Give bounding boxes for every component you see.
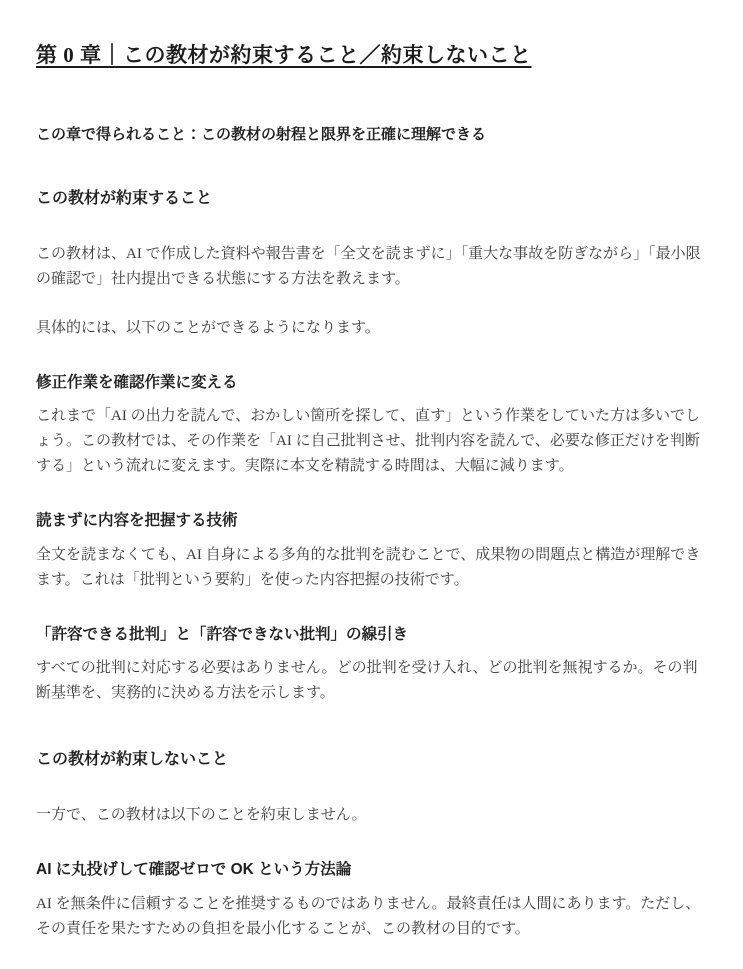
subsection-heading: 読まずに内容を把握する技術	[36, 511, 707, 530]
section-promises: この教材が約束すること この教材は、AI で作成した資料や報告書を「全文を読まず…	[36, 189, 707, 706]
paragraph: 具体的には、以下のことができるようになります。	[36, 316, 707, 341]
subsection-heading: AI に丸投げして確認ゼロで OK という方法論	[36, 860, 707, 879]
paragraph: これまで「AI の出力を読んで、おかしい箇所を探して、直す」という作業をしていた…	[36, 404, 707, 479]
chapter-lead: この章で得られること：この教材の射程と限界を正確に理解できる	[36, 126, 707, 145]
subsection-grasp-without-reading: 読まずに内容を把握する技術 全文を読まなくても、AI 自身による多角的な批判を読…	[36, 511, 707, 592]
paragraph: 一方で、この教材は以下のことを約束しません。	[36, 803, 707, 828]
subsection-criticism-threshold: 「許容できる批判」と「許容できない批判」の線引き すべての批判に対応する必要はあ…	[36, 625, 707, 706]
subsection-heading: 修正作業を確認作業に変える	[36, 373, 707, 392]
paragraph: AI を無条件に信頼することを推奨するものではありません。最終責任は人間にありま…	[36, 892, 707, 942]
subsection-fix-to-check: 修正作業を確認作業に変える これまで「AI の出力を読んで、おかしい箇所を探して…	[36, 373, 707, 479]
section-heading-promises: この教材が約束すること	[36, 189, 707, 209]
paragraph: この教材は、AI で作成した資料や報告書を「全文を読まずに」「重大な事故を防ぎな…	[36, 242, 707, 292]
subsection-no-zero-check: AI に丸投げして確認ゼロで OK という方法論 AI を無条件に信頼することを…	[36, 860, 707, 941]
section-heading-non-promises: この教材が約束しないこと	[36, 750, 707, 770]
paragraph: 全文を読まなくても、AI 自身による多角的な批判を読むことで、成果物の問題点と構…	[36, 543, 707, 593]
section-non-promises: この教材が約束しないこと 一方で、この教材は以下のことを約束しません。 AI に…	[36, 750, 707, 941]
subsection-heading: 「許容できる批判」と「許容できない批判」の線引き	[36, 625, 707, 644]
chapter-title: 第 0 章｜この教材が約束すること／約束しないこと	[36, 42, 707, 68]
paragraph: すべての批判に対応する必要はありません。どの批判を受け入れ、どの批判を無視するか…	[36, 656, 707, 706]
document-page: 第 0 章｜この教材が約束すること／約束しないこと この章で得られること：この教…	[0, 0, 743, 969]
